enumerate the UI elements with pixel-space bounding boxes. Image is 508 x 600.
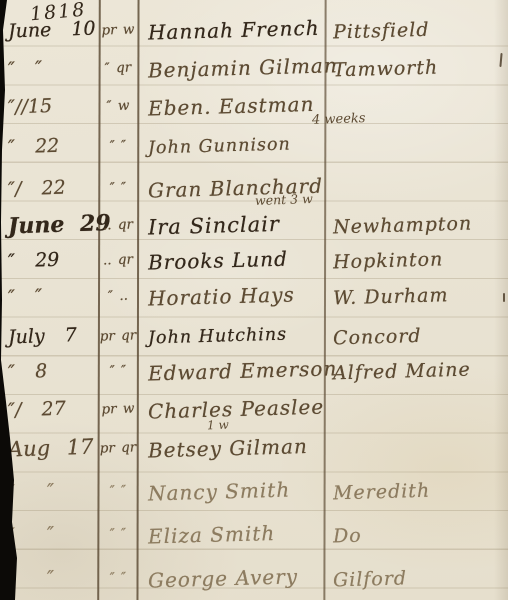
entry-place: Tamworth [333, 49, 506, 88]
entry-name: Edward Emerson [148, 352, 327, 391]
ledger-row: ″∕∕15 ″ w Eben. Eastman 4 weeks [0, 89, 508, 123]
entry-fee-code: pr w [98, 391, 137, 426]
entry-date: ″ 22 [7, 128, 94, 165]
ledger-row: ″∕ 22 ″ ″ Gran Blanchard went 3 w [0, 171, 508, 205]
ledger-row: ″ ″ ″ ″ George Avery Gilford [0, 561, 508, 595]
entry-place: Alfred Maine [333, 352, 506, 391]
entry-place: Newhampton [333, 206, 506, 245]
ledger-row: ″ 22 ″ ″ John Gunnison [0, 129, 508, 163]
entry-place: Meredith [333, 472, 506, 511]
entry-name: Eliza Smith [148, 515, 327, 554]
entry-fee-code: ″ qr [98, 50, 137, 85]
entry-place [333, 429, 506, 468]
entry-fee-code: ″ w [98, 88, 137, 123]
ledger-row: ″ ″ ″ ″ Nancy Smith Meredith [0, 474, 508, 508]
entry-fee-code: pr qr [98, 318, 137, 353]
entry-name: Benjamin Gilman [148, 49, 327, 88]
entry-date: ″∕ 22 [7, 170, 94, 207]
entry-date: June 29 [7, 207, 94, 244]
entry-fee-code: ″ ″ [98, 170, 137, 205]
entry-date: ″ 8 [7, 353, 94, 390]
entry-fee-code: .. qr [98, 207, 137, 242]
entry-name: Eben. Eastman [148, 87, 327, 126]
entry-name: George Avery [148, 559, 327, 598]
ledger-page: 1818 June 10 pr w Hannah French Pittsfie… [0, 0, 508, 600]
entry-place: Gilford [333, 559, 506, 598]
ledger-rows: June 10 pr w Hannah French Pittsfield ″ … [0, 0, 508, 600]
entry-place: Hopkinton [333, 241, 506, 280]
ledger-row: ″ ″ ″ qr Benjamin Gilman Tamworth [0, 51, 508, 85]
entry-name: Betsey Gilman [148, 429, 327, 468]
entry-place [333, 390, 506, 429]
ledger-row: ″ 8 ″ ″ Edward Emerson Alfred Maine [0, 354, 508, 388]
page-edge-mark [503, 293, 505, 302]
entry-date: July 7 [7, 318, 94, 355]
ledger-row: ″ ″ ″ .. Horatio Hays W. Durham [0, 279, 508, 313]
ledger-row: ″ 29 .. qr Brooks Lund Hopkinton [0, 243, 508, 277]
ledger-row: Aug 17 pr qr Betsey Gilman [0, 431, 508, 465]
entry-name: Ira Sinclair [148, 206, 327, 245]
entry-date: ″ ″ [7, 516, 94, 553]
entry-fee-code: pr qr [98, 430, 137, 465]
ledger-row: June 29 .. qr Ira Sinclair Newhampton [0, 208, 508, 242]
entry-name: John Hutchins [148, 317, 327, 356]
entry-place: W. Durham [333, 277, 506, 316]
ledger-row: ″ ″ ″ ″ Eliza Smith Do [0, 517, 508, 551]
entry-name: Hannah French [148, 11, 327, 50]
entry-fee-code: ″ ″ [98, 128, 137, 163]
entry-date: Aug 17 [7, 430, 94, 467]
entry-name: Nancy Smith [148, 472, 327, 511]
entry-fee-code: ″ ″ [98, 473, 137, 508]
ledger-row: June 10 pr w Hannah French Pittsfield [0, 13, 508, 47]
entry-date: ″ ″ [7, 278, 94, 315]
entry-date: ″ ″ [7, 473, 94, 510]
entry-name: John Gunnison [148, 127, 327, 166]
entry-name: Charles Peaslee [148, 390, 327, 429]
entry-place [333, 169, 506, 208]
entry-date: ″ ″ [7, 50, 94, 87]
entry-date: ″ 29 [7, 242, 94, 279]
entry-fee-code: pr w [98, 12, 137, 47]
entry-name: Brooks Lund [148, 241, 327, 280]
entry-fee-code: .. qr [98, 242, 137, 277]
entry-fee-code: ″ ″ [98, 353, 137, 388]
entry-date: ″ ″ [7, 560, 94, 597]
ledger-row: July 7 pr qr John Hutchins Concord [0, 319, 508, 353]
entry-date: ″∕∕15 [7, 88, 94, 125]
entry-fee-code: ″ ″ [98, 560, 137, 595]
ledger-row: ″∕ 27 pr w Charles Peaslee 1 w [0, 392, 508, 426]
entry-date: ″∕ 27 [7, 391, 94, 428]
entry-name: Horatio Hays [148, 277, 327, 316]
entry-fee-code: ″ ″ [98, 516, 137, 551]
entry-place: Concord [333, 317, 506, 356]
entry-place: Do [333, 515, 506, 554]
entry-place [333, 127, 506, 166]
entry-fee-code: ″ .. [98, 278, 137, 313]
entry-note: 4 weeks [312, 111, 366, 128]
entry-date: June 10 [7, 12, 94, 49]
entry-place: Pittsfield [333, 11, 506, 50]
